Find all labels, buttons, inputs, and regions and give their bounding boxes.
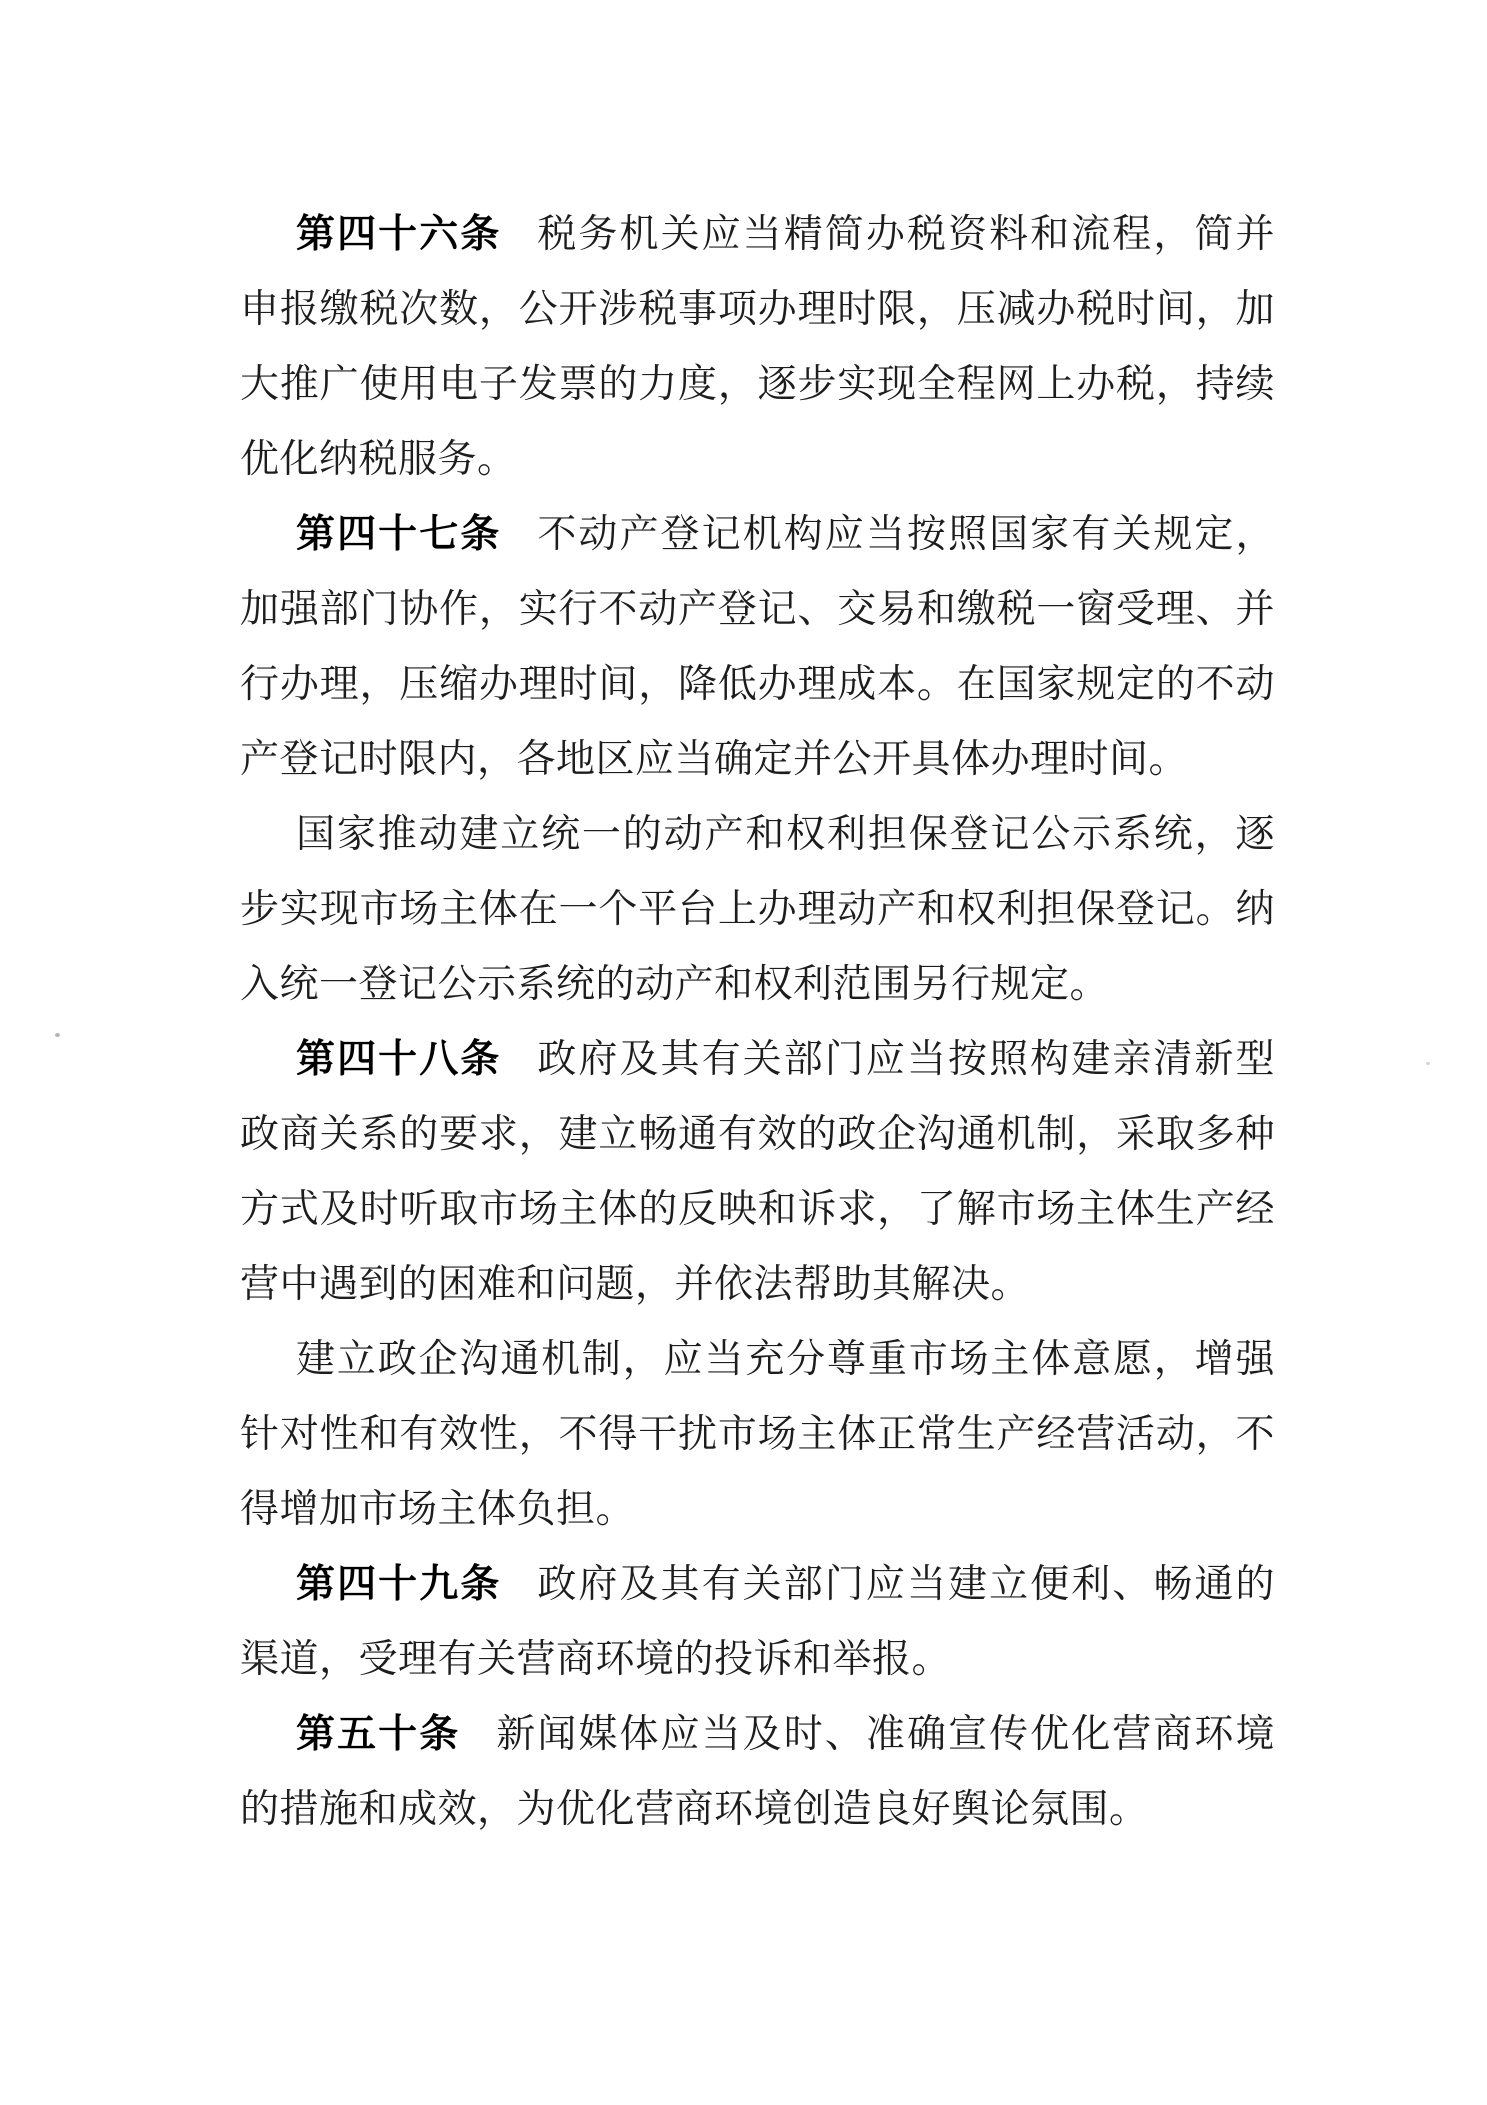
- article-48-paragraph: 第四十八条政府及其有关部门应当按照构建亲清新型政商关系的要求，建立畅通有效的政企…: [240, 1022, 1275, 1322]
- document-page: 第四十六条税务机关应当精简办税资料和流程，简并申报缴税次数，公开涉税事项办理时限…: [0, 0, 1487, 2105]
- article-46-paragraph: 第四十六条税务机关应当精简办税资料和流程，简并申报缴税次数，公开涉税事项办理时限…: [240, 197, 1275, 497]
- article-50-paragraph: 第五十条新闻媒体应当及时、准确宣传优化营商环境的措施和成效，为优化营商环境创造良…: [240, 1697, 1275, 1847]
- article-48-clause-2-text: 建立政企沟通机制，应当充分尊重市场主体意愿，增强针对性和有效性，不得干扰市场主体…: [240, 1338, 1275, 1531]
- article-48-clause-2-paragraph: 建立政企沟通机制，应当充分尊重市场主体意愿，增强针对性和有效性，不得干扰市场主体…: [240, 1322, 1275, 1547]
- article-49-paragraph: 第四十九条政府及其有关部门应当建立便利、畅通的渠道，受理有关营商环境的投诉和举报…: [240, 1547, 1275, 1697]
- document-content: 第四十六条税务机关应当精简办税资料和流程，简并申报缴税次数，公开涉税事项办理时限…: [240, 197, 1275, 1847]
- article-47-clause-2-paragraph: 国家推动建立统一的动产和权利担保登记公示系统，逐步实现市场主体在一个平台上办理动…: [240, 797, 1275, 1022]
- scan-artifact-dot-left: [55, 1033, 60, 1037]
- article-47-paragraph: 第四十七条不动产登记机构应当按照国家有关规定，加强部门协作，实行不动产登记、交易…: [240, 497, 1275, 797]
- article-48-number: 第四十八条: [296, 1038, 501, 1081]
- article-47-number: 第四十七条: [296, 513, 501, 556]
- article-50-number: 第五十条: [296, 1713, 460, 1756]
- scan-artifact-dot-right: [1426, 1062, 1430, 1065]
- article-47-clause-2-text: 国家推动建立统一的动产和权利担保登记公示系统，逐步实现市场主体在一个平台上办理动…: [240, 813, 1275, 1006]
- article-49-number: 第四十九条: [296, 1563, 501, 1606]
- article-46-number: 第四十六条: [296, 213, 501, 256]
